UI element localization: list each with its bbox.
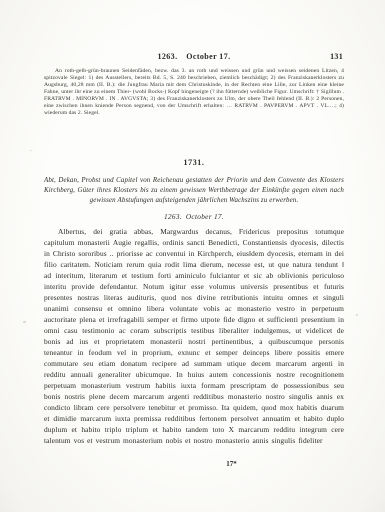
running-head: 1263. October 17. 131 [44, 52, 344, 62]
seal-description: An roth-gelb-grün-braunen Seidenfäden, b… [44, 68, 344, 117]
running-head-date: 1263. October 17. [157, 52, 230, 61]
entry-body: Albertus, dei gratia abbas, Margwardus d… [44, 226, 344, 446]
entry-regest: Abt, Dekan, Probst und Capitel von Reich… [44, 176, 344, 206]
page-number: 131 [330, 52, 343, 62]
signature-mark: 17* [226, 460, 237, 468]
text-block: 1263. October 17. 131 An roth-gelb-grün-… [0, 52, 385, 446]
book-page: 1263. October 17. 131 An roth-gelb-grün-… [0, 0, 385, 512]
signature-line: 17* [0, 460, 385, 468]
entry-date: 1263. October 17. [44, 212, 344, 222]
entry-number: 1731. [44, 158, 344, 168]
